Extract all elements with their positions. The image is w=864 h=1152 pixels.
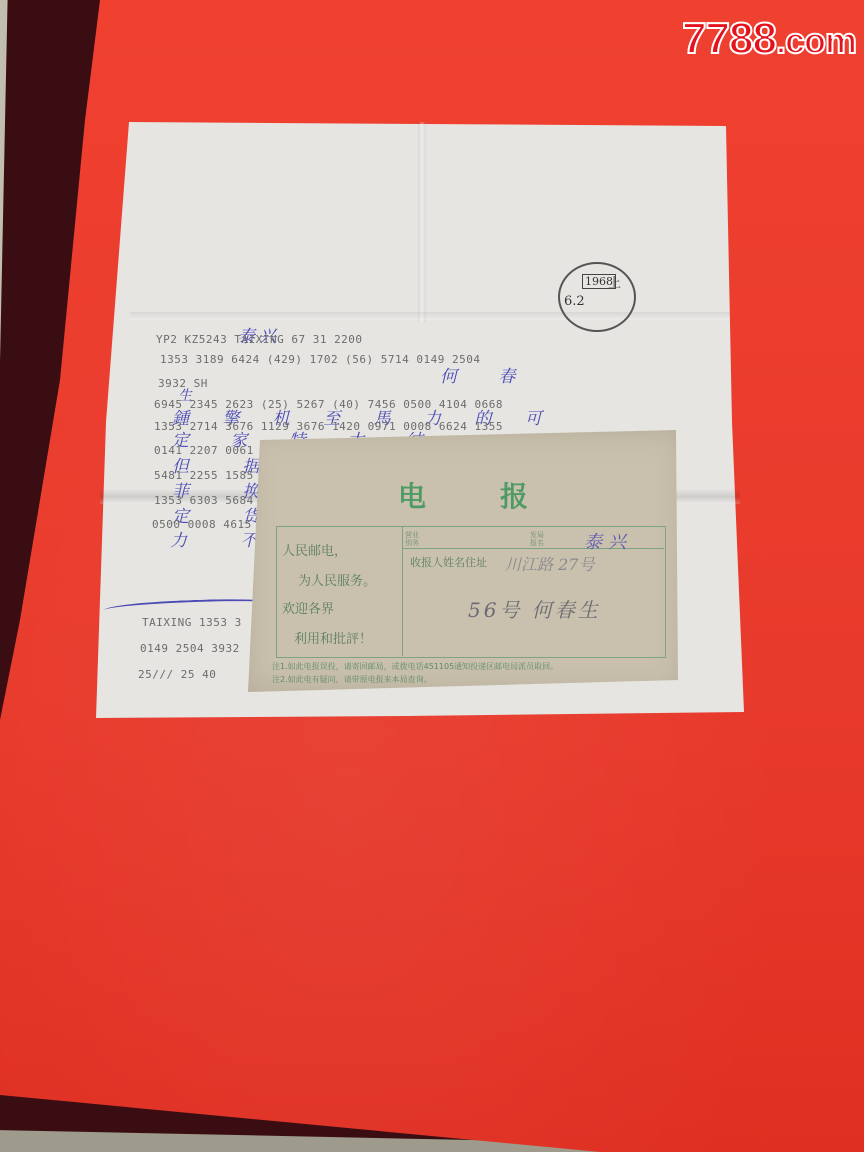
envelope-title-left: 电 [398, 475, 426, 515]
slogan-line-2: 为人民服务。 [298, 570, 376, 589]
watermark-brand: 7788 [682, 14, 776, 63]
watermark-logo: 7788.com [682, 14, 856, 64]
postmark-stamp: 上 1968 6.2 [558, 262, 636, 332]
envelope-notes: 注1.如此电报误投，请寄回邮局，或拨电话451105通知投递区邮电局派员取回。 … [272, 660, 558, 686]
envelope-form-divider [402, 526, 403, 656]
postmark-side: 6.2 [564, 294, 585, 309]
handwritten-office: 泰兴 [584, 528, 632, 554]
envelope-note-2: 注2.如此电有疑问，请带原电报来本局查询。 [272, 673, 558, 686]
footer-line-3: 25/// 25 40 [138, 668, 216, 681]
fold-crease-upper [130, 312, 730, 320]
footer-line-1: TAIXING 1353 3 [142, 616, 242, 629]
watermark-suffix: .com [776, 20, 856, 61]
recipient-label: 收报人姓名住址 [410, 554, 487, 570]
envelope-note-1: 注1.如此电报误投，请寄回邮局，或拨电话451105通知投递区邮电局派员取回。 [272, 660, 558, 673]
slogan-line-1: 人民邮电， [282, 540, 347, 559]
envelope-title-right: 报 [500, 475, 528, 515]
fold-crease-vertical [418, 122, 426, 322]
field-business-label: 营业 别务 [405, 531, 419, 547]
footer-line-2: 0149 2504 3932 [140, 642, 240, 655]
postmark-date: 1968 [582, 274, 616, 289]
telegram-header-line: YP2 KZ5243 TAIXING 67 31 2200 [156, 333, 363, 346]
handwritten-line-1: 何 春 [440, 362, 533, 387]
field-office-label: 发局 报名 [530, 531, 544, 547]
handwritten-address-1: 川江路 27号 [505, 552, 594, 575]
typed-line-1: 1353 3189 6424 (429) 1702 (56) 5714 0149… [160, 353, 481, 366]
slogan-line-4: 利用和批評！ [294, 628, 372, 647]
slogan-line-3: 欢迎各界 [282, 598, 334, 617]
handwritten-address-2: 56号 何春生 [468, 594, 601, 623]
